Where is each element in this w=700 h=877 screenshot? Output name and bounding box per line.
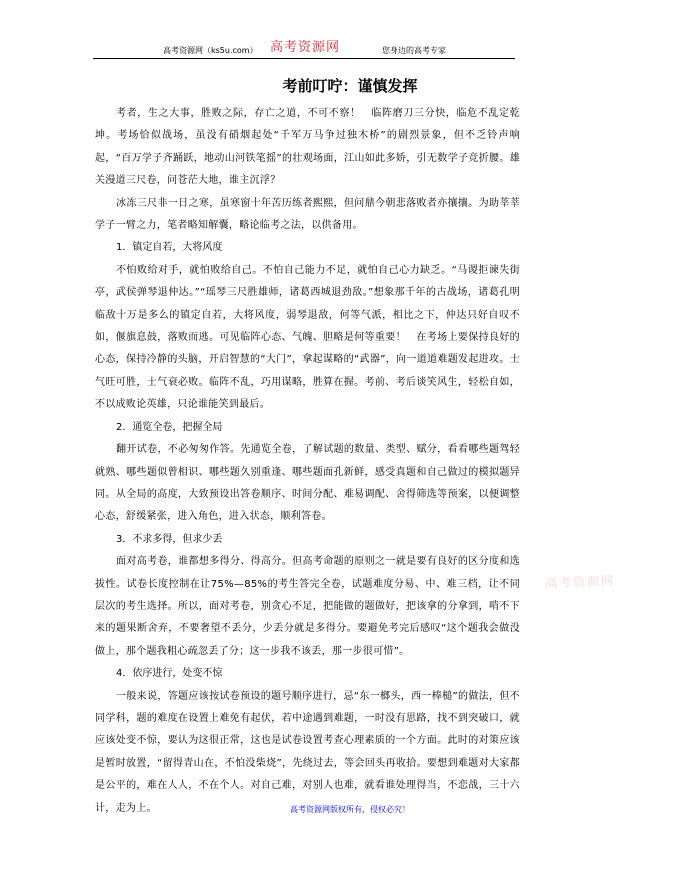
section-heading: 2．通览全卷，把握全局 [95, 417, 520, 439]
paragraph: 考者，生之大事，胜败之际，存亡之道，不可不察！ 临阵磨刀三分快，临危不乱定乾坤。… [95, 103, 520, 193]
document-body: 考者，生之大事，胜败之际，存亡之道，不可不察！ 临阵磨刀三分快，临危不乱定乾坤。… [95, 103, 520, 820]
watermark: 高考资源网 [545, 572, 616, 591]
section-heading: 3．不求多得，但求少丢 [95, 529, 520, 551]
section-heading: 1．镇定自若，大将风度 [95, 237, 520, 259]
paragraph: 翻开试卷，不必匆匆作答。先通览全卷，了解试题的数量、类型、赋分，看看哪些题驾轻就… [95, 439, 520, 529]
document-title: 考前叮咛：谨慎发挥 [0, 75, 700, 96]
header-slogan: 您身边的高考专家 [382, 45, 446, 56]
section-heading: 4．依序进行，处变不惊 [95, 663, 520, 685]
paragraph: 不怕败给对手，就怕败给自己。不怕自己能力不足，就怕自己心力缺乏。“马谡拒谏失街亭… [95, 260, 520, 417]
paragraph: 面对高考卷，谁都想多得分、得高分。但高考命题的原则之一就是要有良好的区分度和选拔… [95, 551, 520, 663]
page-header: 高考资源网（ks5u.com） 高考资源网 您身边的高考专家 [93, 34, 515, 59]
brand-logo: 高考资源网 [270, 36, 340, 55]
paragraph: 冰冻三尺非一日之寒，虽寒窗十年苦历练者熙熙，但问鼎今朝悲落败者亦攘攘。为助莘莘学… [95, 193, 520, 238]
page-footer: 高考资源网版权所有，侵权必究！ [0, 804, 700, 815]
paragraph: 一般来说，答题应该按试卷预设的题号顺序进行，忌“东一榔头，西一棒槌”的做法，但不… [95, 686, 520, 820]
header-site-name: 高考资源网（ks5u.com） [163, 45, 258, 56]
document-page: 高考资源网（ks5u.com） 高考资源网 您身边的高考专家 考前叮咛：谨慎发挥… [0, 0, 700, 877]
